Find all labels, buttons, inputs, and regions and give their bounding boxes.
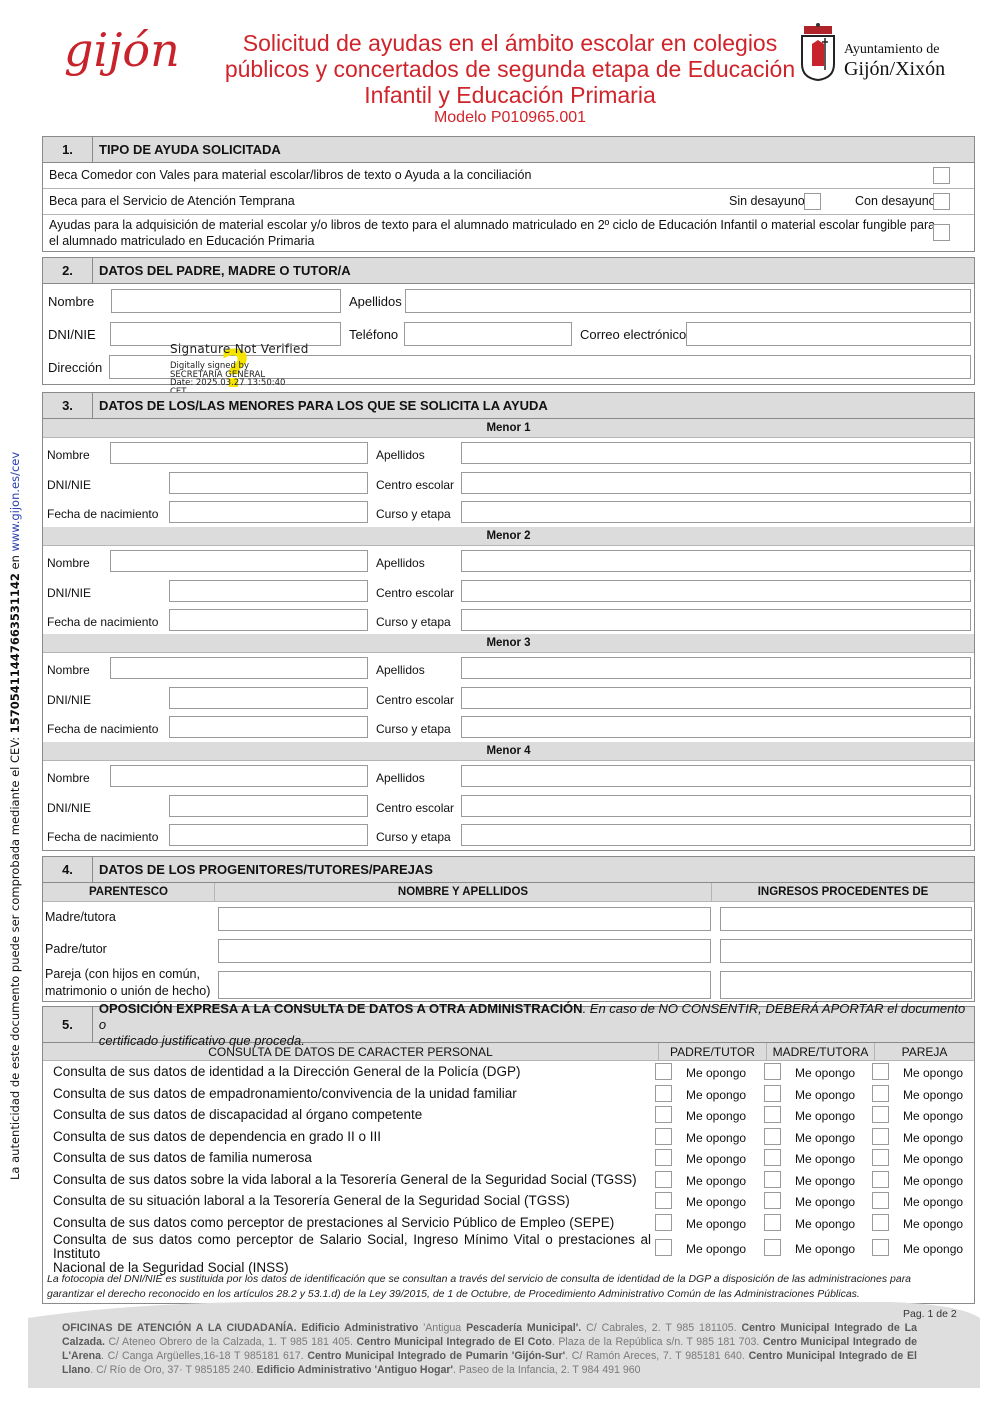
con-desayuno-label: Con desayuno <box>855 194 936 208</box>
section-2: 2. DATOS DEL PADRE, MADRE O TUTOR/A Nomb… <box>42 257 975 385</box>
me-opongo-label: Me opongo <box>903 1174 963 1188</box>
padre-opongo-checkbox[interactable] <box>655 1214 672 1231</box>
menor-fecha-label: Fecha de nacimiento <box>47 722 158 736</box>
con-desayuno-checkbox[interactable] <box>933 193 950 210</box>
consulta-label: Consulta de sus datos de empadronamiento… <box>53 1086 517 1101</box>
menor-nombre-label: Nombre <box>47 771 90 785</box>
col-parentesco: PARENTESCO <box>43 883 215 901</box>
option-atencion-temprana-label: Beca para el Servicio de Atención Tempra… <box>49 194 295 208</box>
menor-nombre-input[interactable] <box>110 550 368 572</box>
consulta-row: Consulta de sus datos como perceptor de … <box>43 1212 974 1234</box>
me-opongo-label: Me opongo <box>795 1217 855 1231</box>
footer-text-part: Edificio Administrativo 'Antiguo Hogar' <box>257 1364 454 1376</box>
section-5: 5. OPOSICIÓN EXPRESA A LA CONSULTA DE DA… <box>42 1006 975 1304</box>
footer-text-part: Centro Municipal Integrado de Pumarin 'G… <box>307 1350 565 1362</box>
me-opongo-label: Me opongo <box>903 1066 963 1080</box>
option-beca-comedor-label: Beca Comedor con Vales para material esc… <box>49 168 531 182</box>
pareja-inss-checkbox[interactable] <box>872 1239 889 1256</box>
pareja-opongo-checkbox[interactable] <box>872 1149 889 1166</box>
section-number: 5. <box>43 1007 93 1042</box>
pareja-label-1: Pareja (con hijos en común, <box>45 967 200 981</box>
madre-opongo-checkbox[interactable] <box>764 1171 781 1188</box>
authenticity-middle: en <box>8 551 22 573</box>
menor-nombre-input[interactable] <box>110 657 368 679</box>
padre-opongo-checkbox[interactable] <box>655 1106 672 1123</box>
me-opongo-label: Me opongo <box>903 1131 963 1145</box>
pareja-ingresos-input[interactable] <box>720 971 972 999</box>
padre-nombre-input[interactable] <box>218 939 711 963</box>
footer-offices: OFICINAS DE ATENCIÓN A LA CIUDADANÍA. Ed… <box>62 1321 917 1377</box>
me-opongo-label: Me opongo <box>686 1242 746 1256</box>
footer-text-part: . Plaza de la República s/n. T 985 181 7… <box>552 1336 763 1348</box>
menor-nombre-input[interactable] <box>110 765 368 787</box>
section-number: 3. <box>43 393 93 418</box>
section-title-bold: OPOSICIÓN EXPRESA A LA CONSULTA DE DATOS… <box>99 1001 583 1016</box>
authenticity-prefix: La autenticidad de este documento puede … <box>8 733 22 1180</box>
cev-link[interactable]: www.gijon.es/cev <box>8 452 22 552</box>
option-material-escolar-label: Ayudas para la adquisición de material e… <box>49 217 935 249</box>
madre-opongo-checkbox[interactable] <box>764 1106 781 1123</box>
me-opongo-label: Me opongo <box>903 1088 963 1102</box>
madre-opongo-checkbox[interactable] <box>764 1085 781 1102</box>
pareja-label-2: matrimonio o unión de hecho) <box>45 984 210 998</box>
menor-centro-label: Centro escolar <box>376 693 454 707</box>
menor-header: Menor 4 <box>43 742 974 761</box>
menor-apellidos-input[interactable] <box>461 765 971 787</box>
me-opongo-label: Me opongo <box>903 1217 963 1231</box>
padre-opongo-checkbox[interactable] <box>655 1085 672 1102</box>
ayuntamiento-logo: Ayuntamiento de Gijón/Xixón <box>798 22 978 82</box>
option-material-line1: Ayudas para la adquisición de material e… <box>49 218 935 232</box>
section-4: 4. DATOS DE LOS PROGENITORES/TUTORES/PAR… <box>42 856 975 1002</box>
menor-dni-label: DNI/NIE <box>47 586 91 600</box>
nombre-input[interactable] <box>111 289 341 313</box>
menor-block: NombreApellidosDNI/NIECentro escolarFech… <box>43 546 974 635</box>
consulta-row: Consulta de sus datos de dependencia en … <box>43 1126 974 1148</box>
menor-curso-input[interactable] <box>461 716 971 738</box>
me-opongo-label: Me opongo <box>795 1088 855 1102</box>
menor-apellidos-input[interactable] <box>461 657 971 679</box>
authenticity-note: La autenticidad de este documento puede … <box>8 452 22 1180</box>
section-title: OPOSICIÓN EXPRESA A LA CONSULTA DE DATOS… <box>93 1000 974 1049</box>
correo-label: Correo electrónico <box>580 327 686 342</box>
correo-input[interactable] <box>686 322 971 346</box>
menor-dni-input[interactable] <box>169 472 368 494</box>
padre-opongo-checkbox[interactable] <box>655 1192 672 1209</box>
padre-opongo-checkbox[interactable] <box>655 1063 672 1080</box>
menor-curso-label: Curso y etapa <box>376 507 451 521</box>
me-opongo-label: Me opongo <box>686 1131 746 1145</box>
pareja-opongo-checkbox[interactable] <box>872 1085 889 1102</box>
consulta-label: Consulta de sus datos de dependencia en … <box>53 1129 381 1144</box>
menor-apellidos-label: Apellidos <box>376 771 425 785</box>
page-number: Pag. 1 de 2 <box>903 1308 957 1320</box>
menor-apellidos-input[interactable] <box>461 550 971 572</box>
consulta-rows: Consulta de sus datos de identidad a la … <box>43 1061 974 1233</box>
document-title: Solicitud de ayudas en el ámbito escolar… <box>200 30 820 128</box>
menor-dni-input[interactable] <box>169 795 368 817</box>
section-title: TIPO DE AYUDA SOLICITADA <box>93 142 281 157</box>
menor-curso-input[interactable] <box>461 501 971 523</box>
menor-fecha-input[interactable] <box>169 609 368 631</box>
me-opongo-label: Me opongo <box>903 1109 963 1123</box>
footer-text-part: 'Antigua <box>423 1322 466 1334</box>
footer-text-part: . C/ Ramón Areces, 7. T 985181 640. <box>565 1350 748 1362</box>
menor-nombre-label: Nombre <box>47 556 90 570</box>
footer-text-part: . C/ Río de Oro, 37· T 985185 240. <box>90 1364 256 1376</box>
madre-opongo-checkbox[interactable] <box>764 1214 781 1231</box>
madre-opongo-checkbox[interactable] <box>764 1192 781 1209</box>
section-number: 4. <box>43 857 93 882</box>
menor-dni-input[interactable] <box>169 687 368 709</box>
menor-curso-input[interactable] <box>461 824 971 846</box>
me-opongo-label: Me opongo <box>903 1152 963 1166</box>
me-opongo-label: Me opongo <box>686 1066 746 1080</box>
option-material-line2: el alumnado matriculado en Educación Pri… <box>49 234 314 248</box>
model-code: Modelo P010965.001 <box>200 108 820 128</box>
dni-label: DNI/NIE <box>48 327 96 342</box>
menor-dni-label: DNI/NIE <box>47 478 91 492</box>
pareja-opongo-checkbox[interactable] <box>872 1214 889 1231</box>
menor-block: NombreApellidosDNI/NIECentro escolarFech… <box>43 761 974 850</box>
sin-desayuno-checkbox[interactable] <box>804 193 821 210</box>
madre-opongo-checkbox[interactable] <box>764 1128 781 1145</box>
footer-text-part: Pescadería Municipal'. <box>466 1322 581 1334</box>
title-line-2: públicos y concertados de segunda etapa … <box>200 56 820 82</box>
section-1: 1. TIPO DE AYUDA SOLICITADA Beca Comedor… <box>42 136 975 252</box>
sin-desayuno-label: Sin desayuno <box>729 194 805 208</box>
madre-opongo-checkbox[interactable] <box>764 1149 781 1166</box>
direccion-input[interactable] <box>109 355 971 379</box>
section-title: DATOS DE LOS/LAS MENORES PARA LOS QUE SE… <box>93 398 548 413</box>
menores-list: Menor 1NombreApellidosDNI/NIECentro esco… <box>43 419 974 849</box>
menor-fecha-label: Fecha de nacimiento <box>47 615 158 629</box>
me-opongo-label: Me opongo <box>686 1152 746 1166</box>
menor-header: Menor 1 <box>43 419 974 438</box>
col-pareja: PAREJA <box>874 1043 974 1060</box>
consulta-label: Consulta de sus datos de identidad a la … <box>53 1064 521 1079</box>
consulta-row: Consulta de sus datos sobre la vida labo… <box>43 1169 974 1191</box>
menor-nombre-input[interactable] <box>110 442 368 464</box>
svg-text:gijón: gijón <box>64 24 180 77</box>
col-consulta: CONSULTA DE DATOS DE CARACTER PERSONAL <box>43 1043 658 1060</box>
dni-input[interactable] <box>110 322 341 346</box>
padre-inss-checkbox[interactable] <box>655 1239 672 1256</box>
menor-centro-input[interactable] <box>461 472 971 494</box>
me-opongo-label: Me opongo <box>903 1242 963 1256</box>
material-escolar-checkbox[interactable] <box>933 224 950 241</box>
menor-fecha-input[interactable] <box>169 716 368 738</box>
pareja-nombre-input[interactable] <box>218 971 711 999</box>
madre-opongo-checkbox[interactable] <box>764 1063 781 1080</box>
consulta-row: Consulta de sus datos de discapacidad al… <box>43 1104 974 1126</box>
consulta-label: Consulta de sus datos de familia numeros… <box>53 1150 312 1165</box>
menor-dni-label: DNI/NIE <box>47 693 91 707</box>
menor-curso-label: Curso y etapa <box>376 722 451 736</box>
padre-opongo-checkbox[interactable] <box>655 1149 672 1166</box>
section-number: 2. <box>43 258 93 283</box>
telefono-input[interactable] <box>404 322 572 346</box>
menor-apellidos-label: Apellidos <box>376 448 425 462</box>
pareja-opongo-checkbox[interactable] <box>872 1128 889 1145</box>
menor-centro-input[interactable] <box>461 687 971 709</box>
consulta-row: Consulta de sus datos de familia numeros… <box>43 1147 974 1169</box>
consulta-row: Consulta de su situación laboral a la Te… <box>43 1190 974 1212</box>
menor-centro-input[interactable] <box>461 580 971 602</box>
menor-fecha-label: Fecha de nacimiento <box>47 830 158 844</box>
madre-nombre-input[interactable] <box>218 907 711 931</box>
section-3: 3. DATOS DE LOS/LAS MENORES PARA LOS QUE… <box>42 392 975 851</box>
menor-fecha-label: Fecha de nacimiento <box>47 507 158 521</box>
consulta-last-row: Consulta de sus datos como perceptor de … <box>43 1233 974 1271</box>
telefono-label: Teléfono <box>349 327 398 342</box>
city-name: Gijón/Xixón <box>844 58 945 81</box>
pareja-opongo-checkbox[interactable] <box>872 1171 889 1188</box>
gijon-logo: gijón <box>64 24 198 84</box>
me-opongo-label: Me opongo <box>795 1174 855 1188</box>
inss-line1: Consulta de sus datos como perceptor de … <box>53 1232 651 1261</box>
beca-comedor-checkbox[interactable] <box>933 167 950 184</box>
col-nombre-apellidos: NOMBRE Y APELLIDOS <box>215 883 712 901</box>
me-opongo-label: Me opongo <box>686 1088 746 1102</box>
menor-curso-label: Curso y etapa <box>376 830 451 844</box>
menor-dni-label: DNI/NIE <box>47 801 91 815</box>
menor-centro-label: Centro escolar <box>376 478 454 492</box>
cev-code: 15705411447663531142 <box>8 573 22 733</box>
me-opongo-label: Me opongo <box>795 1066 855 1080</box>
nombre-label: Nombre <box>48 294 94 309</box>
menor-nombre-label: Nombre <box>47 663 90 677</box>
menor-fecha-input[interactable] <box>169 824 368 846</box>
footer-text-part: OFICINAS DE ATENCIÓN A LA CIUDADANÍA. Ed… <box>62 1322 423 1334</box>
me-opongo-label: Me opongo <box>795 1152 855 1166</box>
me-opongo-label: Me opongo <box>795 1195 855 1209</box>
section-title: DATOS DE LOS PROGENITORES/TUTORES/PAREJA… <box>93 862 433 877</box>
apellidos-label: Apellidos <box>349 294 402 309</box>
pareja-label: Pareja (con hijos en común,matrimonio o … <box>45 966 210 1000</box>
consulta-label: Consulta de su situación laboral a la Te… <box>53 1193 570 1208</box>
padre-tutor-label: Padre/tutor <box>45 942 107 956</box>
col-ingresos: INGRESOS PROCEDENTES DE <box>712 883 974 901</box>
menor-dni-input[interactable] <box>169 580 368 602</box>
me-opongo-label: Me opongo <box>686 1217 746 1231</box>
menor-nombre-label: Nombre <box>47 448 90 462</box>
me-opongo-label: Me opongo <box>686 1109 746 1123</box>
consulta-inss-label: Consulta de sus datos como perceptor de … <box>53 1233 651 1275</box>
menor-curso-label: Curso y etapa <box>376 615 451 629</box>
menor-header: Menor 3 <box>43 634 974 653</box>
pareja-opongo-checkbox[interactable] <box>872 1192 889 1209</box>
footer-text-part: Centro Municipal Integrado de El Coto <box>357 1336 552 1348</box>
pareja-opongo-checkbox[interactable] <box>872 1106 889 1123</box>
section-title: DATOS DEL PADRE, MADRE O TUTOR/A <box>93 263 351 278</box>
col-madre-tutora: MADRE/TUTORA <box>766 1043 874 1060</box>
ayuntamiento-label: Ayuntamiento de <box>844 42 940 58</box>
menor-curso-input[interactable] <box>461 609 971 631</box>
footer-text-part: . Paseo de la Infancia, 2. T 984 491 960 <box>453 1364 641 1376</box>
title-line-3: Infantil y Educación Primaria <box>200 82 820 108</box>
menor-block: NombreApellidosDNI/NIECentro escolarFech… <box>43 653 974 742</box>
madre-inss-checkbox[interactable] <box>764 1239 781 1256</box>
me-opongo-label: Me opongo <box>795 1131 855 1145</box>
menor-apellidos-label: Apellidos <box>376 556 425 570</box>
menor-header: Menor 2 <box>43 527 974 546</box>
footer-text-part: C/ Cabrales, 2. T 985 181105. <box>581 1322 741 1334</box>
consulta-label: Consulta de sus datos de discapacidad al… <box>53 1107 422 1122</box>
menor-apellidos-input[interactable] <box>461 442 971 464</box>
menor-block: NombreApellidosDNI/NIECentro escolarFech… <box>43 438 974 527</box>
menor-centro-input[interactable] <box>461 795 971 817</box>
menor-centro-label: Centro escolar <box>376 801 454 815</box>
padre-opongo-checkbox[interactable] <box>655 1171 672 1188</box>
footer-text-part: . C/ Canga Argüelles,16-18 T 985181 617. <box>101 1350 307 1362</box>
me-opongo-label: Me opongo <box>903 1195 963 1209</box>
madre-ingresos-input[interactable] <box>720 907 972 931</box>
title-line-1: Solicitud de ayudas en el ámbito escolar… <box>200 30 820 56</box>
apellidos-input[interactable] <box>405 289 971 313</box>
menor-fecha-input[interactable] <box>169 501 368 523</box>
consulta-label: Consulta de sus datos sobre la vida labo… <box>53 1172 637 1187</box>
me-opongo-label: Me opongo <box>686 1195 746 1209</box>
consulta-label: Consulta de sus datos como perceptor de … <box>53 1215 614 1230</box>
note-line1: La fotocopia del DNI/NIE es sustituida p… <box>47 1273 911 1285</box>
pareja-opongo-checkbox[interactable] <box>872 1063 889 1080</box>
coat-of-arms-icon <box>798 22 838 82</box>
col-padre-tutor: PADRE/TUTOR <box>658 1043 766 1060</box>
me-opongo-label: Me opongo <box>795 1242 855 1256</box>
direccion-label: Dirección <box>48 360 102 375</box>
madre-tutora-label: Madre/tutora <box>45 910 116 924</box>
menor-apellidos-label: Apellidos <box>376 663 425 677</box>
padre-ingresos-input[interactable] <box>720 939 972 963</box>
me-opongo-label: Me opongo <box>795 1109 855 1123</box>
menor-centro-label: Centro escolar <box>376 586 454 600</box>
section-number: 1. <box>43 137 93 162</box>
footer-text-part: C/ Ateneo Obrero de la Calzada, 1. T 985… <box>105 1336 357 1348</box>
consulta-row: Consulta de sus datos de empadronamiento… <box>43 1083 974 1105</box>
consulta-row: Consulta de sus datos de identidad a la … <box>43 1061 974 1083</box>
padre-opongo-checkbox[interactable] <box>655 1128 672 1145</box>
me-opongo-label: Me opongo <box>686 1174 746 1188</box>
